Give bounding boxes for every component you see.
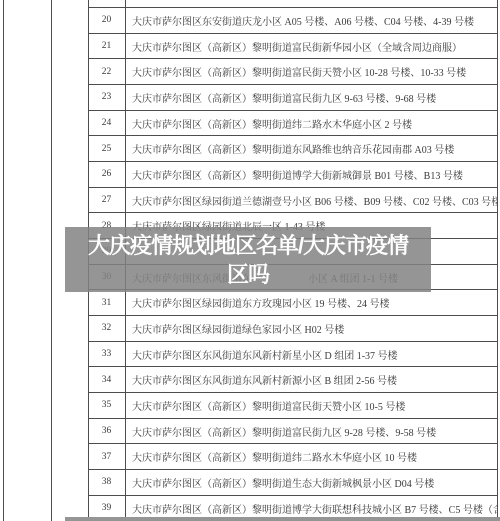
table-row: 22 大庆市萨尔图区（高新区）黎明街道富民街天赞小区 10-28 号楼、10-3… [88, 58, 497, 84]
table-row: 37 大庆市萨尔图区（高新区）黎明街道纬二路水木华庭小区 10 号楼 [88, 443, 497, 469]
table-row: 35 大庆市萨尔图区（高新区）黎明街道富民街天赞小区 10-5 号楼 [88, 392, 497, 418]
row-text: 大庆市萨尔图区绿园街道绿色家园小区 H02 号楼 [125, 321, 497, 336]
table-row: 33 大庆市萨尔图区东风街道东风新村新星小区 D 组团 1-37 号楼 [88, 341, 497, 367]
table-row: 20 大庆市萨尔图区东安街道庆龙小区 A05 号楼、A06 号楼、C04 号楼、… [88, 7, 497, 33]
row-number: 38 [88, 477, 125, 487]
row-number: 27 [88, 195, 125, 205]
row-text: 大庆市萨尔图区东风街道东风新村新星小区 D 组团 1-37 号楼 [125, 347, 497, 362]
row-text: 大庆市萨尔图区（高新区）黎明街道博学大街新城御景 B01 号楼、B13 号楼 [125, 167, 497, 182]
caption-line1: 大庆疫情规划地区名单/大庆市疫情 [65, 231, 431, 260]
table-row: 38 大庆市萨尔图区（高新区）黎明街道生态大街新城枫景小区 D04 号楼 [88, 469, 497, 495]
row-text: 大庆市萨尔图区（高新区）黎明街道富民街新华园小区（全域含周边商服） [125, 39, 497, 54]
row-text: 大庆市萨尔图区（高新区）黎明街道富民街天赞小区 10-5 号楼 [125, 398, 497, 413]
row-number: 25 [88, 144, 125, 154]
row-number: 37 [88, 452, 125, 462]
caption-overlay: 大庆疫情规划地区名单/大庆市疫情 区吗 [65, 227, 431, 292]
table-row: 31 大庆市萨尔图区绿园街道东方玫瑰园小区 19 号楼、24 号楼 [88, 289, 497, 315]
row-number: 21 [88, 41, 125, 51]
row-text: 大庆市萨尔图区绿园街道兰德湖壹号小区 B06 号楼、B09 号楼、C02 号楼、… [125, 193, 497, 208]
row-text: 大庆市萨尔图区（高新区）黎明街道富民街天赞小区 10-28 号楼、10-33 号… [125, 64, 497, 79]
row-text: 大庆市萨尔图区（高新区）黎明街道富民街九区 9-63 号楼、9-68 号楼 [125, 90, 497, 105]
row-number: 31 [88, 298, 125, 308]
row-number: 33 [88, 349, 125, 359]
table-row: 24 大庆市萨尔图区（高新区）黎明街道纬二路水木华庭小区 2 号楼 [88, 110, 497, 136]
table-row: 21 大庆市萨尔图区（高新区）黎明街道富民街新华园小区（全域含周边商服） [88, 33, 497, 59]
row-text: 大庆市萨尔图区东安街道庆龙小区 A05 号楼、A06 号楼、C04 号楼、4-3… [125, 13, 497, 28]
table-row: 27 大庆市萨尔图区绿园街道兰德湖壹号小区 B06 号楼、B09 号楼、C02 … [88, 187, 497, 213]
row-text: 大庆市萨尔图区（高新区）黎明街道纬二路水木华庭小区 2 号楼 [125, 116, 497, 131]
row-number: 23 [88, 92, 125, 102]
document-page: 20 大庆市萨尔图区东安街道庆龙小区 A05 号楼、A06 号楼、C04 号楼、… [0, 0, 500, 521]
row-number: 34 [88, 375, 125, 385]
row-text: 大庆市萨尔图区东风街道东风新村新源小区 B 组团 2-56 号楼 [125, 372, 497, 387]
row-text: 大庆市萨尔图区（高新区）黎明街道博学大街联想科技城小区 B7 号楼、C5 号楼（… [125, 501, 497, 516]
row-number: 36 [88, 426, 125, 436]
row-text: 大庆市萨尔图区（高新区）黎明街道东风路维也纳音乐花园南郡 A03 号楼 [125, 141, 497, 156]
row-text: 大庆市萨尔图区绿园街道东方玫瑰园小区 19 号楼、24 号楼 [125, 295, 497, 310]
column-divider [51, 0, 52, 521]
column-divider [3, 0, 4, 521]
table-right-border [497, 0, 498, 521]
table-row: 36 大庆市萨尔图区（高新区）黎明街道富民街九区 9-28 号楼、9-58 号楼 [88, 418, 497, 444]
row-number: 39 [88, 503, 125, 513]
row-text: 大庆市萨尔图区（高新区）黎明街道纬二路水木华庭小区 10 号楼 [125, 449, 497, 464]
table-row: 32 大庆市萨尔图区绿园街道绿色家园小区 H02 号楼 [88, 315, 497, 341]
next-banner-top-edge [65, 517, 500, 521]
row-number: 35 [88, 400, 125, 410]
row-number: 26 [88, 169, 125, 179]
table-row: 23 大庆市萨尔图区（高新区）黎明街道富民街九区 9-63 号楼、9-68 号楼 [88, 84, 497, 110]
row-number: 20 [88, 15, 125, 25]
row-number: 32 [88, 323, 125, 333]
row-number: 24 [88, 118, 125, 128]
table-row: 25 大庆市萨尔图区（高新区）黎明街道东风路维也纳音乐花园南郡 A03 号楼 [88, 135, 497, 161]
table-row: 34 大庆市萨尔图区东风街道东风新村新源小区 B 组团 2-56 号楼 [88, 366, 497, 392]
row-text: 大庆市萨尔图区（高新区）黎明街道生态大街新城枫景小区 D04 号楼 [125, 475, 497, 490]
table-row: 26 大庆市萨尔图区（高新区）黎明街道博学大街新城御景 B01 号楼、B13 号… [88, 161, 497, 187]
row-text: 大庆市萨尔图区（高新区）黎明街道富民街九区 9-28 号楼、9-58 号楼 [125, 424, 497, 439]
caption-line2: 区吗 [65, 260, 431, 289]
row-number: 22 [88, 67, 125, 77]
